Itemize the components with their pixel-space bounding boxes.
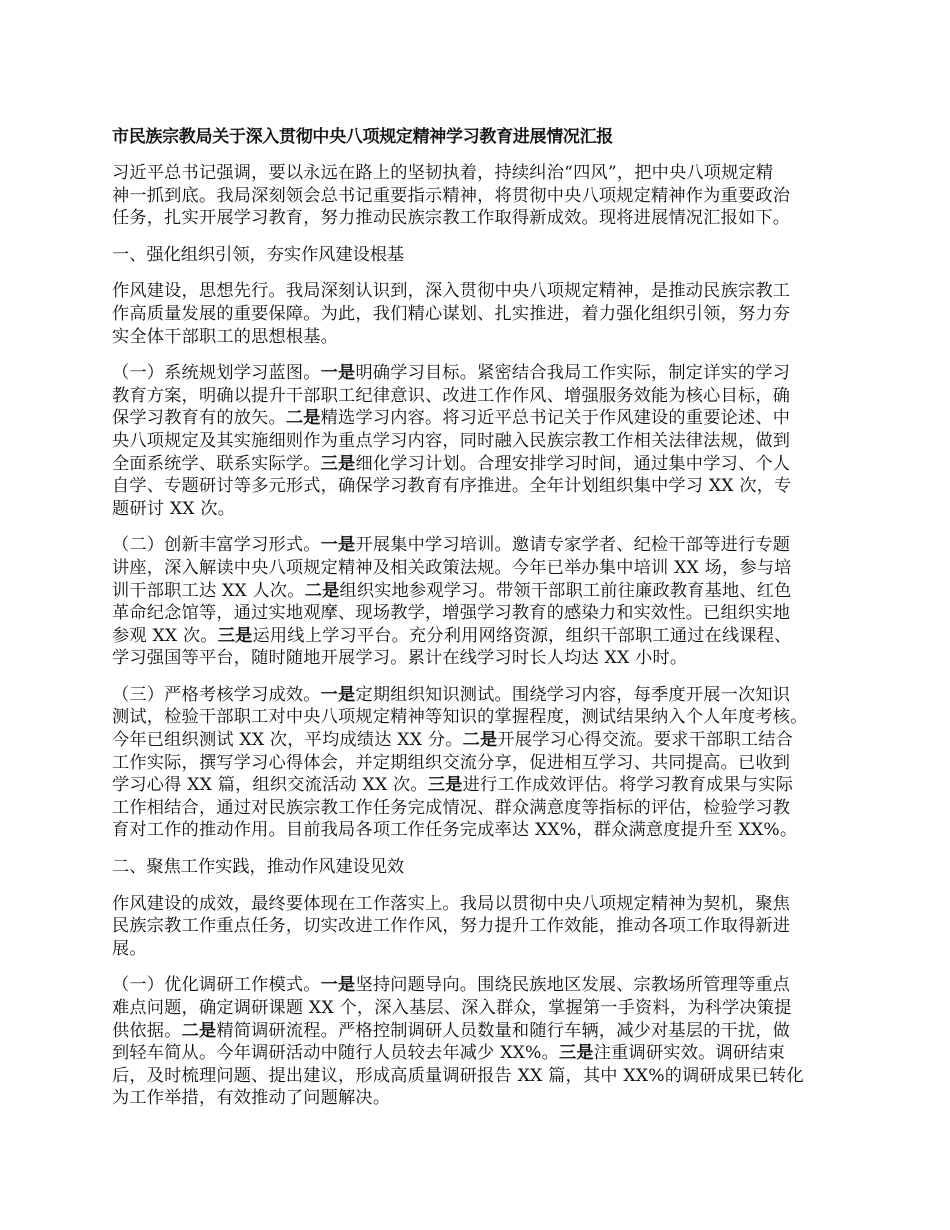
text-line: 题研讨 XX 次。 <box>112 498 872 521</box>
text-line: 保学习教育有的放矢。二是精选学习内容。将习近平总书记关于作风建设的重要论述、中 <box>112 407 872 430</box>
emphasis-text: 一是 <box>321 685 356 705</box>
text-segment: 精简调研流程。严格控制调研人员数量和随行车辆，减少对基层的干扰，做 <box>216 1021 790 1041</box>
text-line: 革命纪念馆等，通过实地观摩、现场教学，增强学习教育的感染力和实效性。已组织实地 <box>112 602 872 625</box>
section-1-intro: 作风建设，思想先行。我局深刻认识到，深入贯彻中央八项规定精神，是推动民族宗教工 … <box>112 280 872 348</box>
section-2-sub-1: （一）优化调研工作模式。一是坚持问题导向。围绕民族地区发展、宗教场所管理等重点难… <box>112 974 872 1110</box>
emphasis-text: 三是 <box>428 775 463 795</box>
emphasis-text: 三是 <box>559 1043 594 1063</box>
text-line: 自学、专题研讨等多元形式，确保学习教育有序推进。全年计划组织集中学习 XX 次，… <box>112 475 872 498</box>
text-segment: （三）严格考核学习成效。 <box>112 685 321 705</box>
text-line: 难点问题，确定调研课题 XX 个，深入基层、深入群众，掌握第一手资料，为科学决策… <box>112 997 872 1020</box>
document-page: 市民族宗教局关于深入贯彻中央八项规定精神学习教育进展情况汇报 习近平总书记强调，… <box>112 126 872 1124</box>
text-line: 今年已组织测试 XX 次，平均成绩达 XX 分。二是开展学习心得交流。要求干部职… <box>112 729 872 752</box>
text-line: 训干部职工达 XX 人次。二是组织实地参观学习。带领干部职工前往廉政教育基地、红… <box>112 580 872 603</box>
text-segment: 测试，检验干部职工对中央八项规定精神等知识的掌握程度，测试结果纳入个人年度考核。 <box>112 707 808 727</box>
text-segment: 革命纪念馆等，通过实地观摩、现场教学，增强学习教育的感染力和实效性。已组织实地 <box>112 603 790 623</box>
text-line: 为工作举措，有效推动了问题解决。 <box>112 1087 872 1110</box>
text-segment: 注重调研实效。调研结束 <box>594 1043 785 1063</box>
text-line: 学习强国等平台，随时随地开展学习。累计在线学习时长人均达 XX 小时。 <box>112 647 872 670</box>
emphasis-text: 二是 <box>286 408 321 428</box>
text-segment: 训干部职工达 XX 人次。 <box>112 581 305 601</box>
text-line: 到轻车简从。今年调研活动中随行人员较去年减少 XX%。三是注重调研实效。调研结束 <box>112 1042 872 1065</box>
text-line: 教育方案，明确以提升干部职工纪律意识、改进工作作风、增强服务效能为核心目标，确 <box>112 385 872 408</box>
document-title: 市民族宗教局关于深入贯彻中央八项规定精神学习教育进展情况汇报 <box>112 126 872 148</box>
text-line: 后，及时梳理问题、提出建议，形成高质量调研报告 XX 篇，其中 XX%的调研成果… <box>112 1065 872 1088</box>
text-segment: 难点问题，确定调研课题 XX 个，深入基层、深入群众，掌握第一手资料，为科学决策… <box>112 998 792 1018</box>
text-line: 工作实际，撰写学习心得体会，并定期组织交流分享，促进相互学习、共同提高。已收到 <box>112 752 872 775</box>
text-line: 工作相结合，通过对民族宗教工作任务完成情况、群众满意度等指标的评估，检验学习教 <box>112 797 872 820</box>
section-1-sub-3: （三）严格考核学习成效。一是定期组织知识测试。围绕学习内容，每季度开展一次知识测… <box>112 684 872 842</box>
text-line: 全面系统学、联系实际学。三是细化学习计划。合理安排学习时间，通过集中学习、个人 <box>112 453 872 476</box>
text-line: 测试，检验干部职工对中央八项规定精神等知识的掌握程度，测试结果纳入个人年度考核。 <box>112 706 872 729</box>
text-segment: 学习强国等平台，随时随地开展学习。累计在线学习时长人均达 XX 小时。 <box>112 648 687 668</box>
text-segment: （一）系统规划学习蓝图。 <box>112 363 321 383</box>
text-segment: 育对工作的推动作用。目前我局各项工作任务完成率达 XX%，群众满意度提升至 XX… <box>112 820 797 840</box>
text-segment: 后，及时梳理问题、提出建议，形成高质量调研报告 XX 篇，其中 XX%的调研成果… <box>112 1066 804 1086</box>
section-2-heading: 二、聚焦工作实践，推动作风建设见效 <box>112 856 872 879</box>
text-segment: 开展学习心得交流。要求干部职工结合 <box>497 730 793 750</box>
text-line: 学习心得 XX 篇，组织交流活动 XX 次。三是进行工作成效评估。将学习教育成果… <box>112 774 872 797</box>
text-segment: 工作相结合，通过对民族宗教工作任务完成情况、群众满意度等指标的评估，检验学习教 <box>112 798 790 818</box>
section-2-intro: 作风建设的成效，最终要体现在工作落实上。我局以贯彻中央八项规定精神为契机，聚焦 … <box>112 893 872 961</box>
text-segment: 到轻车简从。今年调研活动中随行人员较去年减少 XX%。 <box>112 1043 559 1063</box>
text-segment: 教育方案，明确以提升干部职工纪律意识、改进工作作风、增强服务效能为核心目标，确 <box>112 386 790 406</box>
text-line: 民族宗教工作重点任务，切实改进工作作风，努力提升工作效能，推动各项工作取得新进 <box>112 915 872 938</box>
text-segment: 题研讨 XX 次。 <box>112 499 235 519</box>
text-line: 参观 XX 次。三是运用线上学习平台。充分利用网络资源，组织干部职工通过在线课程… <box>112 625 872 648</box>
text-line: 央八项规定及其实施细则作为重点学习内容，同时融入民族宗教工作相关法律法规，做到 <box>112 430 872 453</box>
emphasis-text: 三是 <box>321 454 356 474</box>
text-segment: 坚持问题导向。围绕民族地区发展、宗教场所管理等重点 <box>355 975 790 995</box>
text-segment: 央八项规定及其实施细则作为重点学习内容，同时融入民族宗教工作相关法律法规，做到 <box>112 431 790 451</box>
text-line: 实全体干部职工的思想根基。 <box>112 326 872 349</box>
emphasis-text: 二是 <box>305 581 340 601</box>
text-line: 供依据。二是精简调研流程。严格控制调研人员数量和随行车辆，减少对基层的干扰，做 <box>112 1020 872 1043</box>
text-segment: （一）优化调研工作模式。 <box>112 975 321 995</box>
text-segment: 参观 XX 次。 <box>112 626 218 646</box>
text-segment: 学习心得 XX 篇，组织交流活动 XX 次。 <box>112 775 428 795</box>
text-line: 讲座，深入解读中央八项规定精神及相关政策法规。今年已举办集中培训 XX 场，参与… <box>112 557 872 580</box>
text-segment: 定期组织知识测试。围绕学习内容，每季度开展一次知识 <box>355 685 790 705</box>
section-1-sub-1: （一）系统规划学习蓝图。一是明确学习目标。紧密结合我局工作实际，制定详实的学习教… <box>112 362 872 520</box>
emphasis-text: 一是 <box>321 535 356 555</box>
text-line: （一）优化调研工作模式。一是坚持问题导向。围绕民族地区发展、宗教场所管理等重点 <box>112 974 872 997</box>
text-segment: 明确学习目标。紧密结合我局工作实际，制定详实的学习 <box>355 363 790 383</box>
text-segment: 进行工作成效评估。将学习教育成果与实际 <box>463 775 793 795</box>
emphasis-text: 二是 <box>463 730 498 750</box>
text-segment: 精选学习内容。将习近平总书记关于作风建设的重要论述、中 <box>321 408 790 428</box>
text-line: 习近平总书记强调，要以永远在路上的坚韧执着，持续纠治“四风”，把中央八项规定精 <box>112 162 872 185</box>
text-line: 作高质量发展的重要保障。为此，我们精心谋划、扎实推进，着力强化组织引领，努力夯 <box>112 303 872 326</box>
text-segment: 讲座，深入解读中央八项规定精神及相关政策法规。今年已举办集中培训 XX 场，参与… <box>112 558 792 578</box>
text-segment: 运用线上学习平台。充分利用网络资源，组织干部职工通过在线课程、 <box>253 626 792 646</box>
text-line: 作风建设的成效，最终要体现在工作落实上。我局以贯彻中央八项规定精神为契机，聚焦 <box>112 893 872 916</box>
text-segment: 开展集中学习培训。邀请专家学者、纪检干部等进行专题 <box>355 535 790 555</box>
emphasis-text: 二是 <box>182 1021 217 1041</box>
text-line: 任务，扎实开展学习教育，努力推动民族宗教工作取得新成效。现将进展情况汇报如下。 <box>112 207 872 230</box>
emphasis-text: 一是 <box>321 975 356 995</box>
text-segment: 为工作举措，有效推动了问题解决。 <box>112 1088 390 1108</box>
text-segment: 工作实际，撰写学习心得体会，并定期组织交流分享，促进相互学习、共同提高。已收到 <box>112 753 790 773</box>
text-line: （一）系统规划学习蓝图。一是明确学习目标。紧密结合我局工作实际，制定详实的学习 <box>112 362 872 385</box>
text-segment: （二）创新丰富学习形式。 <box>112 535 321 555</box>
section-1-heading: 一、强化组织引领，夯实作风建设根基 <box>112 244 872 267</box>
section-1-sub-2: （二）创新丰富学习形式。一是开展集中学习培训。邀请专家学者、纪检干部等进行专题讲… <box>112 534 872 670</box>
text-line: （三）严格考核学习成效。一是定期组织知识测试。围绕学习内容，每季度开展一次知识 <box>112 684 872 707</box>
text-line: （二）创新丰富学习形式。一是开展集中学习培训。邀请专家学者、纪检干部等进行专题 <box>112 534 872 557</box>
text-line: 作风建设，思想先行。我局深刻认识到，深入贯彻中央八项规定精神，是推动民族宗教工 <box>112 280 872 303</box>
text-line: 育对工作的推动作用。目前我局各项工作任务完成率达 XX%，群众满意度提升至 XX… <box>112 819 872 842</box>
text-segment: 细化学习计划。合理安排学习时间，通过集中学习、个人 <box>355 454 790 474</box>
text-segment: 自学、专题研讨等多元形式，确保学习教育有序推进。全年计划组织集中学习 XX 次，… <box>112 476 792 496</box>
emphasis-text: 一是 <box>321 363 356 383</box>
text-segment: 保学习教育有的放矢。 <box>112 408 286 428</box>
intro-paragraph: 习近平总书记强调，要以永远在路上的坚韧执着，持续纠治“四风”，把中央八项规定精 … <box>112 162 872 230</box>
text-segment: 全面系统学、联系实际学。 <box>112 454 321 474</box>
emphasis-text: 三是 <box>218 626 253 646</box>
text-line: 神一抓到底。我局深刻领会总书记重要指示精神，将贯彻中央八项规定精神作为重要政治 <box>112 185 872 208</box>
text-segment: 今年已组织测试 XX 次，平均成绩达 XX 分。 <box>112 730 463 750</box>
text-line: 展。 <box>112 938 872 961</box>
text-segment: 组织实地参观学习。带领干部职工前往廉政教育基地、红色 <box>339 581 791 601</box>
text-segment: 供依据。 <box>112 1021 182 1041</box>
